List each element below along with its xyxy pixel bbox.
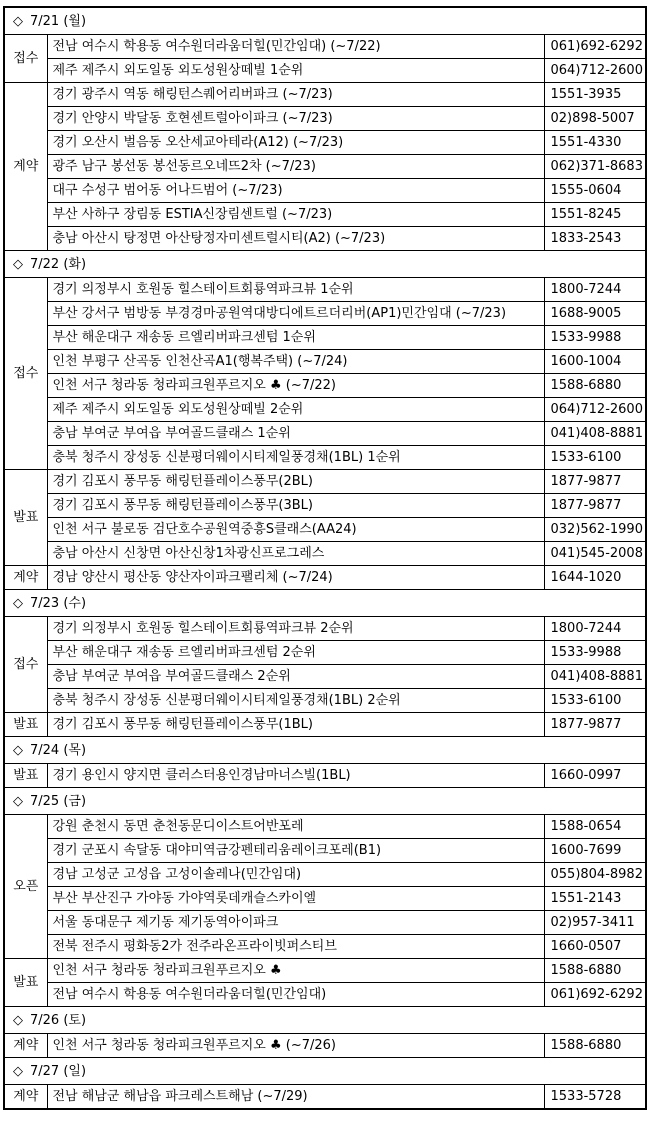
phone-number-cell: 1877-9877 (544, 713, 646, 737)
diamond-icon: ◇ (13, 15, 23, 28)
schedule-row: 접수전남 여수시 학용동 여수원더라움더힐(민간임대) (~7/22)061)6… (4, 35, 646, 59)
phone-number-cell: 041)545-2008 (544, 542, 646, 566)
phone-number-cell: 1644-1020 (544, 566, 646, 590)
listing-name-cell: 강원 춘천시 동면 춘천동문디이스트어반포레 (47, 815, 544, 839)
schedule-row: 계약전남 해남군 해남읍 파크레스트해남 (~7/29)1533-5728 (4, 1085, 646, 1110)
listing-name-cell: 인천 서구 청라동 청라피크원푸르지오 ♣ (47, 959, 544, 983)
listing-name-cell: 제주 제주시 외도일동 외도성원상떼빌 1순위 (47, 59, 544, 83)
schedule-row: 충남 부여군 부여읍 부여골드클래스 1순위041)408-8881 (4, 422, 646, 446)
category-cell: 접수 (4, 278, 47, 470)
phone-number-cell: 1688-9005 (544, 302, 646, 326)
schedule-row: 계약경남 양산시 평산동 양산자이파크팰리체 (~7/24)1644-1020 (4, 566, 646, 590)
phone-number-cell: 064)712-2600 (544, 398, 646, 422)
schedule-row: 충북 청주시 장성동 신분평더웨이시티제일풍경채(1BL) 2순위1533-61… (4, 689, 646, 713)
schedule-row: 인천 부평구 산곡동 인천산곡A1(행복주택) (~7/24)1600-1004 (4, 350, 646, 374)
category-cell: 발표 (4, 713, 47, 737)
phone-number-cell: 1660-0997 (544, 764, 646, 788)
schedule-row: 경기 오산시 벌음동 오산세교아테라(A12) (~7/23)1551-4330 (4, 131, 646, 155)
date-header-row: ◇7/25 (금) (4, 788, 646, 815)
listing-name-cell: 경기 의정부시 호원동 힐스테이트회룡역파크뷰 2순위 (47, 617, 544, 641)
diamond-icon: ◇ (13, 258, 23, 271)
schedule-row: 충남 부여군 부여읍 부여골드클래스 2순위041)408-8881 (4, 665, 646, 689)
schedule-row: 인천 서구 청라동 청라피크원푸르지오 ♣ (~7/22)1588-6880 (4, 374, 646, 398)
listing-name-cell: 인천 서구 청라동 청라피크원푸르지오 ♣ (~7/26) (47, 1034, 544, 1058)
category-cell: 계약 (4, 1034, 47, 1058)
phone-number-cell: 062)371-8683 (544, 155, 646, 179)
schedule-row: 제주 제주시 외도일동 외도성원상떼빌 2순위064)712-2600 (4, 398, 646, 422)
date-label: 7/21 (월) (30, 14, 86, 29)
schedule-row: 부산 해운대구 재송동 르엘리버파크센텀 2순위1533-9988 (4, 641, 646, 665)
date-label: 7/24 (목) (30, 743, 86, 758)
schedule-row: 전남 여수시 학용동 여수원더라움더힐(민간임대)061)692-6292 (4, 983, 646, 1007)
listing-name-cell: 경기 김포시 풍무동 해링턴플레이스풍무(2BL) (47, 470, 544, 494)
schedule-row: 접수경기 의정부시 호원동 힐스테이트회룡역파크뷰 2순위1800-7244 (4, 617, 646, 641)
phone-number-cell: 02)898-5007 (544, 107, 646, 131)
schedule-row: 경기 안양시 박달동 호현센트럴아이파크 (~7/23)02)898-5007 (4, 107, 646, 131)
schedule-row: 제주 제주시 외도일동 외도성원상떼빌 1순위064)712-2600 (4, 59, 646, 83)
schedule-row: 경기 김포시 풍무동 해링턴플레이스풍무(3BL)1877-9877 (4, 494, 646, 518)
phone-number-cell: 1600-1004 (544, 350, 646, 374)
phone-number-cell: 1600-7699 (544, 839, 646, 863)
category-cell: 계약 (4, 83, 47, 251)
phone-number-cell: 041)408-8881 (544, 422, 646, 446)
listing-name-cell: 경기 김포시 풍무동 해링턴플레이스풍무(3BL) (47, 494, 544, 518)
listing-name-cell: 경기 의정부시 호원동 힐스테이트회룡역파크뷰 1순위 (47, 278, 544, 302)
category-cell: 계약 (4, 1085, 47, 1110)
schedule-row: 발표경기 용인시 양지면 클러스터용인경남마너스빌(1BL)1660-0997 (4, 764, 646, 788)
diamond-icon: ◇ (13, 795, 23, 808)
date-header-cell: ◇7/24 (목) (4, 737, 646, 764)
date-header-row: ◇7/26 (토) (4, 1007, 646, 1034)
listing-name-cell: 경기 오산시 벌음동 오산세교아테라(A12) (~7/23) (47, 131, 544, 155)
phone-number-cell: 1660-0507 (544, 935, 646, 959)
phone-number-cell: 1551-2143 (544, 887, 646, 911)
phone-number-cell: 032)562-1990 (544, 518, 646, 542)
schedule-page: ◇7/21 (월)접수전남 여수시 학용동 여수원더라움더힐(민간임대) (~7… (0, 0, 650, 1116)
diamond-icon: ◇ (13, 1065, 23, 1078)
phone-number-cell: 061)692-6292 (544, 35, 646, 59)
date-header-cell: ◇7/22 (화) (4, 251, 646, 278)
listing-name-cell: 경남 고성군 고성읍 고성이솔레나(민간임대) (47, 863, 544, 887)
schedule-row: 경기 군포시 속달동 대야미역금강펜테리움레이크포레(B1)1600-7699 (4, 839, 646, 863)
date-header-cell: ◇7/27 (일) (4, 1058, 646, 1085)
phone-number-cell: 1533-9988 (544, 326, 646, 350)
schedule-row: 전북 전주시 평화동2가 전주라온프라이빗퍼스티브1660-0507 (4, 935, 646, 959)
phone-number-cell: 041)408-8881 (544, 665, 646, 689)
schedule-row: 경남 고성군 고성읍 고성이솔레나(민간임대)055)804-8982 (4, 863, 646, 887)
listing-name-cell: 경남 양산시 평산동 양산자이파크팰리체 (~7/24) (47, 566, 544, 590)
schedule-row: 계약인천 서구 청라동 청라피크원푸르지오 ♣ (~7/26)1588-6880 (4, 1034, 646, 1058)
category-cell: 발표 (4, 470, 47, 566)
listing-name-cell: 부산 사하구 장림동 ESTIA신장림센트럴 (~7/23) (47, 203, 544, 227)
listing-name-cell: 인천 서구 불로동 검단호수공원역중흥S클래스(AA24) (47, 518, 544, 542)
listing-name-cell: 광주 남구 봉선동 봉선동르오네뜨2차 (~7/23) (47, 155, 544, 179)
category-cell: 발표 (4, 764, 47, 788)
listing-name-cell: 전남 해남군 해남읍 파크레스트해남 (~7/29) (47, 1085, 544, 1110)
schedule-row: 충남 아산시 신창면 아산신창1차광신프로그레스041)545-2008 (4, 542, 646, 566)
phone-number-cell: 055)804-8982 (544, 863, 646, 887)
category-cell: 접수 (4, 35, 47, 83)
listing-name-cell: 경기 군포시 속달동 대야미역금강펜테리움레이크포레(B1) (47, 839, 544, 863)
phone-number-cell: 1551-3935 (544, 83, 646, 107)
listing-name-cell: 인천 서구 청라동 청라피크원푸르지오 ♣ (~7/22) (47, 374, 544, 398)
phone-number-cell: 1833-2543 (544, 227, 646, 251)
listing-name-cell: 인천 부평구 산곡동 인천산곡A1(행복주택) (~7/24) (47, 350, 544, 374)
listing-name-cell: 전남 여수시 학용동 여수원더라움더힐(민간임대) (47, 983, 544, 1007)
schedule-row: 광주 남구 봉선동 봉선동르오네뜨2차 (~7/23)062)371-8683 (4, 155, 646, 179)
date-label: 7/27 (일) (30, 1064, 86, 1079)
date-header-cell: ◇7/26 (토) (4, 1007, 646, 1034)
phone-number-cell: 1588-6880 (544, 1034, 646, 1058)
listing-name-cell: 대구 수성구 범어동 어나드범어 (~7/23) (47, 179, 544, 203)
phone-number-cell: 1800-7244 (544, 278, 646, 302)
category-cell: 오픈 (4, 815, 47, 959)
listing-name-cell: 서울 동대문구 제기동 제기동역아이파크 (47, 911, 544, 935)
phone-number-cell: 02)957-3411 (544, 911, 646, 935)
phone-number-cell: 1555-0604 (544, 179, 646, 203)
schedule-row: 충북 청주시 장성동 신분평더웨이시티제일풍경채(1BL) 1순위1533-61… (4, 446, 646, 470)
listing-name-cell: 충북 청주시 장성동 신분평더웨이시티제일풍경채(1BL) 2순위 (47, 689, 544, 713)
phone-number-cell: 1533-6100 (544, 689, 646, 713)
diamond-icon: ◇ (13, 1014, 23, 1027)
date-header-cell: ◇7/23 (수) (4, 590, 646, 617)
date-label: 7/25 (금) (30, 794, 86, 809)
category-cell: 계약 (4, 566, 47, 590)
schedule-row: 부산 부산진구 가야동 가야역롯데캐슬스카이엘1551-2143 (4, 887, 646, 911)
schedule-row: 서울 동대문구 제기동 제기동역아이파크02)957-3411 (4, 911, 646, 935)
date-header-row: ◇7/24 (목) (4, 737, 646, 764)
listing-name-cell: 부산 해운대구 재송동 르엘리버파크센텀 1순위 (47, 326, 544, 350)
schedule-row: 발표경기 김포시 풍무동 해링턴플레이스풍무(2BL)1877-9877 (4, 470, 646, 494)
phone-number-cell: 1533-9988 (544, 641, 646, 665)
phone-number-cell: 1533-6100 (544, 446, 646, 470)
schedule-row: 부산 강서구 범방동 부경경마공원역대방디에트르더리버(AP1)민간임대 (~7… (4, 302, 646, 326)
category-cell: 접수 (4, 617, 47, 713)
phone-number-cell: 1588-6880 (544, 959, 646, 983)
phone-number-cell: 061)692-6292 (544, 983, 646, 1007)
date-label: 7/23 (수) (30, 596, 86, 611)
phone-number-cell: 1800-7244 (544, 617, 646, 641)
listing-name-cell: 경기 김포시 풍무동 해링턴플레이스풍무(1BL) (47, 713, 544, 737)
date-header-cell: ◇7/25 (금) (4, 788, 646, 815)
schedule-row: 대구 수성구 범어동 어나드범어 (~7/23)1555-0604 (4, 179, 646, 203)
listing-name-cell: 부산 부산진구 가야동 가야역롯데캐슬스카이엘 (47, 887, 544, 911)
schedule-row: 충남 아산시 탕정면 아산탕정자미센트럴시티(A2) (~7/23)1833-2… (4, 227, 646, 251)
date-label: 7/26 (토) (30, 1013, 86, 1028)
date-header-row: ◇7/22 (화) (4, 251, 646, 278)
listing-name-cell: 부산 해운대구 재송동 르엘리버파크센텀 2순위 (47, 641, 544, 665)
listing-name-cell: 충북 청주시 장성동 신분평더웨이시티제일풍경채(1BL) 1순위 (47, 446, 544, 470)
listing-name-cell: 전북 전주시 평화동2가 전주라온프라이빗퍼스티브 (47, 935, 544, 959)
schedule-tbody: ◇7/21 (월)접수전남 여수시 학용동 여수원더라움더힐(민간임대) (~7… (4, 7, 646, 1109)
phone-number-cell: 1877-9877 (544, 494, 646, 518)
listing-name-cell: 경기 광주시 역동 해링턴스퀘어리버파크 (~7/23) (47, 83, 544, 107)
date-header-row: ◇7/23 (수) (4, 590, 646, 617)
date-header-row: ◇7/21 (월) (4, 7, 646, 35)
listing-name-cell: 부산 강서구 범방동 부경경마공원역대방디에트르더리버(AP1)민간임대 (~7… (47, 302, 544, 326)
diamond-icon: ◇ (13, 744, 23, 757)
phone-number-cell: 1588-0654 (544, 815, 646, 839)
listing-name-cell: 전남 여수시 학용동 여수원더라움더힐(민간임대) (~7/22) (47, 35, 544, 59)
schedule-row: 접수경기 의정부시 호원동 힐스테이트회룡역파크뷰 1순위1800-7244 (4, 278, 646, 302)
listing-name-cell: 경기 용인시 양지면 클러스터용인경남마너스빌(1BL) (47, 764, 544, 788)
listing-name-cell: 충남 부여군 부여읍 부여골드클래스 2순위 (47, 665, 544, 689)
schedule-row: 계약경기 광주시 역동 해링턴스퀘어리버파크 (~7/23)1551-3935 (4, 83, 646, 107)
listing-name-cell: 충남 아산시 탕정면 아산탕정자미센트럴시티(A2) (~7/23) (47, 227, 544, 251)
schedule-row: 오픈강원 춘천시 동면 춘천동문디이스트어반포레1588-0654 (4, 815, 646, 839)
date-header-row: ◇7/27 (일) (4, 1058, 646, 1085)
phone-number-cell: 1588-6880 (544, 374, 646, 398)
phone-number-cell: 1551-4330 (544, 131, 646, 155)
phone-number-cell: 1877-9877 (544, 470, 646, 494)
diamond-icon: ◇ (13, 597, 23, 610)
listing-name-cell: 충남 아산시 신창면 아산신창1차광신프로그레스 (47, 542, 544, 566)
listing-name-cell: 경기 안양시 박달동 호현센트럴아이파크 (~7/23) (47, 107, 544, 131)
date-header-cell: ◇7/21 (월) (4, 7, 646, 35)
listing-name-cell: 제주 제주시 외도일동 외도성원상떼빌 2순위 (47, 398, 544, 422)
phone-number-cell: 064)712-2600 (544, 59, 646, 83)
schedule-row: 발표인천 서구 청라동 청라피크원푸르지오 ♣1588-6880 (4, 959, 646, 983)
listing-name-cell: 충남 부여군 부여읍 부여골드클래스 1순위 (47, 422, 544, 446)
schedule-row: 발표경기 김포시 풍무동 해링턴플레이스풍무(1BL)1877-9877 (4, 713, 646, 737)
date-label: 7/22 (화) (30, 257, 86, 272)
schedule-table: ◇7/21 (월)접수전남 여수시 학용동 여수원더라움더힐(민간임대) (~7… (3, 6, 647, 1110)
phone-number-cell: 1533-5728 (544, 1085, 646, 1110)
phone-number-cell: 1551-8245 (544, 203, 646, 227)
category-cell: 발표 (4, 959, 47, 1007)
schedule-row: 부산 해운대구 재송동 르엘리버파크센텀 1순위1533-9988 (4, 326, 646, 350)
schedule-row: 부산 사하구 장림동 ESTIA신장림센트럴 (~7/23)1551-8245 (4, 203, 646, 227)
schedule-row: 인천 서구 불로동 검단호수공원역중흥S클래스(AA24)032)562-199… (4, 518, 646, 542)
